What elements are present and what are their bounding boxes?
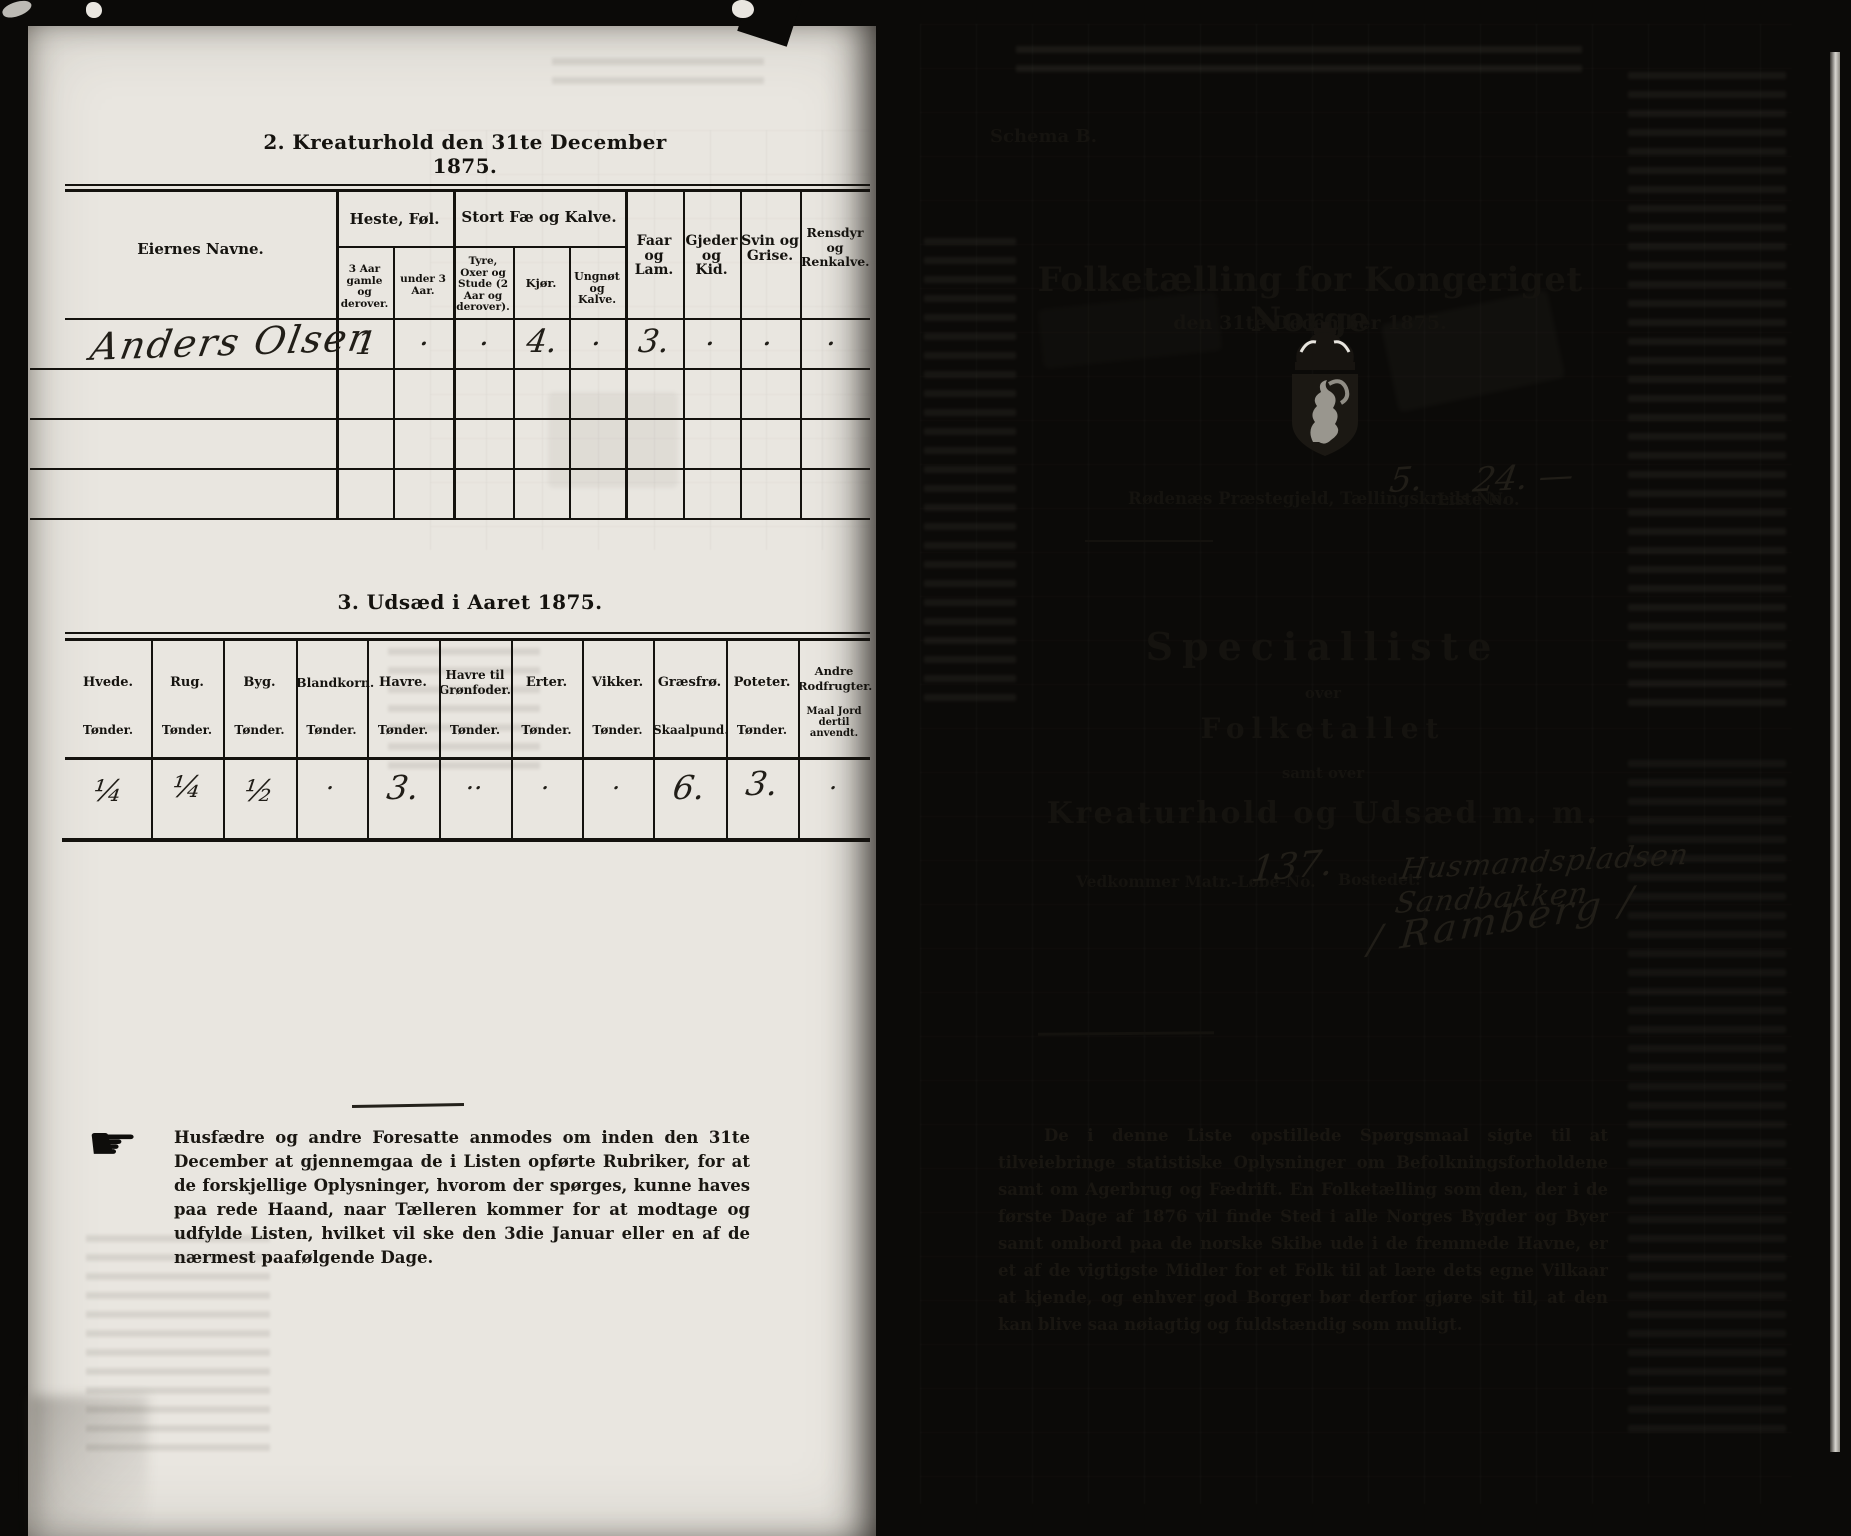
- paper-speck: [86, 2, 102, 18]
- col-header-stort-1: Tyre, Oxer og Stude (2 Aar og derover).: [455, 256, 511, 314]
- cell-value: 1: [343, 324, 388, 362]
- short-rule: [1038, 1031, 1214, 1035]
- col-header-svin: Svin og Grise.: [741, 234, 799, 263]
- t2-col-name: Blandkorn.: [296, 676, 367, 691]
- t2-value: ..: [443, 766, 507, 796]
- t2-col-name: Vikker.: [582, 676, 653, 691]
- rule: [30, 418, 870, 420]
- t2-col-unit: Tønder.: [296, 724, 367, 737]
- rule: [30, 518, 870, 520]
- coat-of-arms: [1283, 322, 1367, 462]
- t2-col-unit: Maal Jord dertil anvendt.: [798, 706, 870, 739]
- cell-value: .: [689, 318, 734, 353]
- t2-col-name: Andre Rodfrugter.: [798, 664, 870, 693]
- rule: [223, 641, 225, 838]
- col-header-heste-2: under 3 Aar.: [395, 274, 451, 297]
- rule: [582, 641, 584, 838]
- rule: [653, 641, 655, 838]
- t2-col-name: Erter.: [511, 676, 582, 691]
- right-footer-note: De i denne Liste opstillede Spørgsmaal s…: [998, 1122, 1608, 1338]
- t2-col-unit: Tønder.: [726, 724, 798, 737]
- rule: [151, 641, 153, 838]
- cell-value: .: [463, 318, 508, 353]
- t2-col-name: Havre.: [367, 676, 439, 691]
- rule: [65, 757, 870, 760]
- col-header-gjeder: Gjeder og Kid.: [684, 234, 739, 278]
- right-page-ghost-text: [1628, 72, 1786, 712]
- t2-col-name: Rug.: [151, 676, 223, 691]
- manicule-icon: ☛: [87, 1116, 139, 1170]
- rule: [367, 641, 369, 838]
- t2-value: ½: [227, 774, 292, 809]
- rule: [65, 638, 870, 641]
- cell-value: .: [403, 318, 448, 353]
- udsaed-title: 3. Udsæd i Aaret 1875.: [245, 590, 695, 614]
- t2-col-name: Havre til Grønfoder.: [439, 668, 511, 697]
- left-footer-note: Husfædre og andre Foresatte anmodes om i…: [174, 1126, 750, 1270]
- matr-no-entry: 137.: [1249, 843, 1335, 891]
- speciallist-kreaturhold: Kreaturhold og Udsæd m. m.: [1023, 796, 1623, 831]
- census-scan: 2. Kreaturhold den 31te December 1875. E…: [0, 0, 1851, 1536]
- paper-speck: [732, 0, 754, 18]
- cell-value: .: [810, 318, 855, 353]
- rule: [30, 368, 870, 370]
- rule: [65, 184, 870, 186]
- rule: [62, 838, 870, 842]
- t2-col-name: Græsfrø.: [653, 676, 726, 691]
- right-page-ghost-text: [1016, 46, 1582, 80]
- t2-col-unit: Tønder.: [65, 724, 151, 737]
- rule: [453, 192, 456, 518]
- t2-col-unit: Tønder.: [367, 724, 439, 737]
- left-page-ghost-text: [388, 648, 540, 774]
- cell-value: .: [746, 318, 791, 353]
- t2-value: .: [514, 766, 578, 796]
- col-header-kjor: Kjør.: [515, 278, 567, 290]
- schema-label: Schema B.: [990, 126, 1097, 147]
- t2-col-unit: Skaalpund.: [653, 724, 726, 737]
- col-group-heste: Heste, Føl.: [336, 210, 453, 228]
- t2-col-unit: Tønder.: [151, 724, 223, 737]
- t2-col-unit: Tønder.: [439, 724, 511, 737]
- rule: [65, 632, 870, 634]
- rule: [336, 246, 625, 248]
- speciallist-title: Specialliste: [1023, 624, 1623, 669]
- t2-col-name: Byg.: [223, 676, 296, 691]
- rule: [30, 468, 870, 470]
- rule: [726, 641, 728, 838]
- cell-value: .: [575, 318, 620, 353]
- rule: [296, 641, 298, 838]
- t2-value: .: [585, 766, 649, 796]
- left-page-ghost-mark: [548, 392, 678, 488]
- t2-col-unit: Tønder.: [582, 724, 653, 737]
- t2-value: 6.: [656, 768, 721, 807]
- right-page-ghost-text: [924, 238, 1016, 710]
- col-header-owner: Eiernes Navne.: [65, 240, 336, 258]
- col-header-ungnot: Ungnøt og Kalve.: [571, 271, 623, 306]
- t2-col-unit: Tønder.: [511, 724, 582, 737]
- t2-value: 3.: [729, 764, 794, 803]
- t2-value: 3.: [370, 768, 435, 807]
- liste-no-entry: 24. —: [1470, 455, 1576, 500]
- left-page-ghost-text: [552, 58, 764, 94]
- speciallist-over: over: [1023, 684, 1623, 702]
- rule: [65, 189, 870, 192]
- t2-col-name: Poteter.: [726, 676, 798, 691]
- t2-col-name: Hvede.: [65, 676, 151, 691]
- col-header-faar: Faar og Lam.: [626, 234, 682, 278]
- col-group-stort-fae: Stort Fæ og Kalve.: [453, 208, 625, 226]
- speciallist-folketallet: Folketallet: [1023, 712, 1623, 745]
- kreaturhold-title: 2. Kreaturhold den 31te December 1875.: [240, 130, 690, 178]
- short-rule: [1085, 540, 1213, 542]
- coat-of-arms-graphic: [1283, 322, 1367, 462]
- district-krets-entry: 5.: [1387, 459, 1426, 501]
- t2-col-unit: Tønder.: [223, 724, 296, 737]
- page-edge-strip: [1830, 52, 1840, 1452]
- rule: [511, 641, 513, 838]
- cell-value: 3.: [629, 322, 678, 360]
- left-page-shadow-corner: [30, 1396, 148, 1534]
- paper-speck: [1, 0, 34, 21]
- t2-value: .: [299, 766, 363, 796]
- speciallist-samt-over: samt over: [1023, 764, 1623, 782]
- t2-value: ¼: [155, 770, 220, 805]
- col-header-heste-1: 3 Aar gamle og derover.: [338, 264, 391, 310]
- cell-value: 4.: [517, 322, 566, 360]
- t2-value: .: [802, 766, 866, 796]
- col-header-rensdyr: Rensdyr og Renkalve.: [801, 226, 869, 270]
- t2-value: ¼: [76, 774, 141, 809]
